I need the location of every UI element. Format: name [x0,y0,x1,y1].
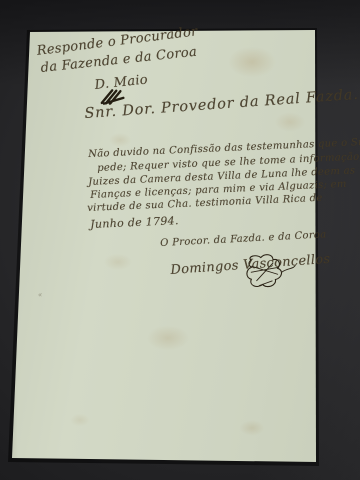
margin-mark: « [38,291,43,299]
photo-stage: Responde o Procurador da Fazenda e da Co… [0,0,360,480]
rubric-strokes [236,249,301,299]
signature-rubric-icon [236,249,301,299]
